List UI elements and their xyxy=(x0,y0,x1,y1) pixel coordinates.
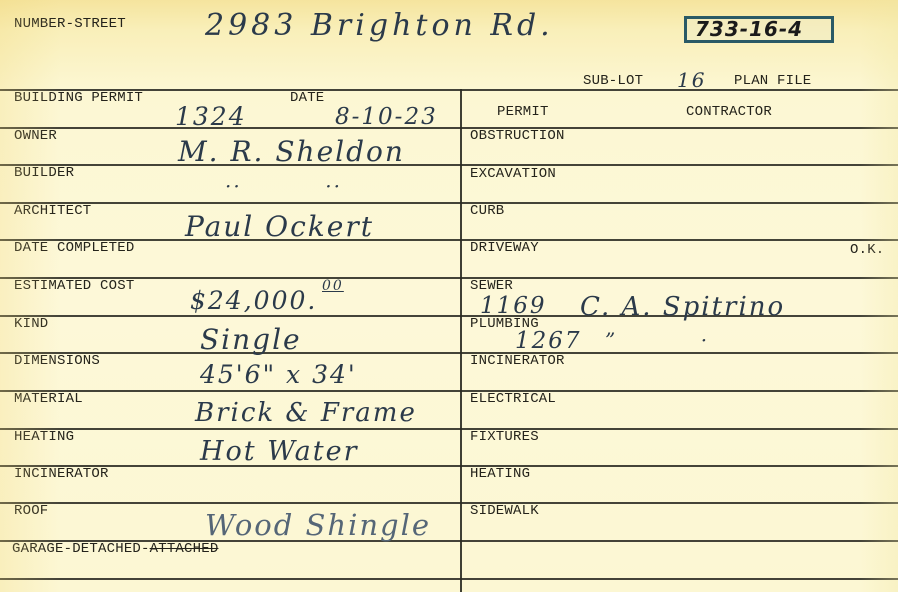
sidewalk-label: SIDEWALK xyxy=(470,503,539,519)
excavation-label: EXCAVATION xyxy=(470,166,556,182)
builder-label: BUILDER xyxy=(14,165,74,181)
kind-value: Single xyxy=(200,323,302,356)
driveway-status: O.K. xyxy=(850,242,884,258)
rule-line xyxy=(0,465,898,467)
architect-label: ARCHITECT xyxy=(14,203,91,219)
dimensions-value: 45'6" x 34' xyxy=(200,360,357,389)
material-value: Brick & Frame xyxy=(195,398,417,428)
plumbing-permit-value: 1267 xyxy=(515,328,582,354)
roof-value: Wood Shingle xyxy=(205,508,431,542)
building-permit-label: BUILDING PERMIT xyxy=(14,90,143,106)
permit-column-header: PERMIT xyxy=(497,104,549,120)
fixtures-label: FIXTURES xyxy=(470,429,539,445)
obstruction-label: OBSTRUCTION xyxy=(470,128,565,144)
number-street-value: 2983 Brighton Rd. xyxy=(205,8,554,43)
estimated-cost-label: ESTIMATED COST xyxy=(14,278,134,294)
estimated-cost-cents: 00 xyxy=(322,278,344,294)
contractor-column-header: CONTRACTOR xyxy=(686,104,772,120)
rule-line xyxy=(0,428,898,430)
estimated-cost-value: $24,000. xyxy=(190,286,317,315)
heating-permit-label: HEATING xyxy=(470,466,530,482)
plumbing-contractor-ditto: ” · xyxy=(605,328,709,352)
material-label: MATERIAL xyxy=(14,391,83,407)
column-divider xyxy=(460,89,462,592)
garage-attached-struck-text: ATTACHED xyxy=(150,541,219,557)
heating-label: HEATING xyxy=(14,429,74,445)
roof-label: ROOF xyxy=(14,503,48,519)
heating-value: Hot Water xyxy=(200,436,358,467)
sewer-label: SEWER xyxy=(470,278,513,294)
owner-value: M. R. Sheldon xyxy=(178,135,405,168)
rule-line xyxy=(0,390,898,392)
garage-label: GARAGE-DETACHED-ATTACHED xyxy=(12,541,218,557)
sewer-contractor-value: C. A. Spitrino xyxy=(580,292,785,322)
dimensions-label: DIMENSIONS xyxy=(14,353,100,369)
number-street-label: NUMBER-STREET xyxy=(14,16,126,32)
kind-label: KIND xyxy=(14,316,48,332)
rule-line xyxy=(0,277,898,279)
date-label: DATE xyxy=(290,90,324,106)
permit-card: NUMBER-STREET 2983 Brighton Rd. 733-16-4… xyxy=(0,0,898,592)
curb-label: CURB xyxy=(470,203,504,219)
permit-date-value: 8-10-23 xyxy=(335,104,438,130)
incinerator-label: INCINERATOR xyxy=(14,466,109,482)
plan-file-label: PLAN FILE xyxy=(734,73,811,89)
rule-line xyxy=(0,164,898,166)
owner-label: OWNER xyxy=(14,128,57,144)
rule-line xyxy=(0,202,898,204)
rule-line xyxy=(0,502,898,504)
incinerator-permit-label: INCINERATOR xyxy=(470,353,565,369)
rule-line xyxy=(0,127,898,129)
card-number-stamp: 733-16-4 xyxy=(684,16,834,43)
rule-line xyxy=(0,578,898,580)
building-permit-value: 1324 xyxy=(175,102,247,131)
rule-line xyxy=(0,239,898,241)
architect-value: Paul Ockert xyxy=(185,210,374,243)
sub-lot-label: SUB-LOT xyxy=(583,73,643,89)
builder-value: ·· ·· xyxy=(225,174,342,198)
date-completed-label: DATE COMPLETED xyxy=(14,240,134,256)
driveway-label: DRIVEWAY xyxy=(470,240,539,256)
electrical-label: ELECTRICAL xyxy=(470,391,556,407)
garage-detached-text: GARAGE-DETACHED- xyxy=(12,541,150,557)
rule-line xyxy=(0,352,898,354)
